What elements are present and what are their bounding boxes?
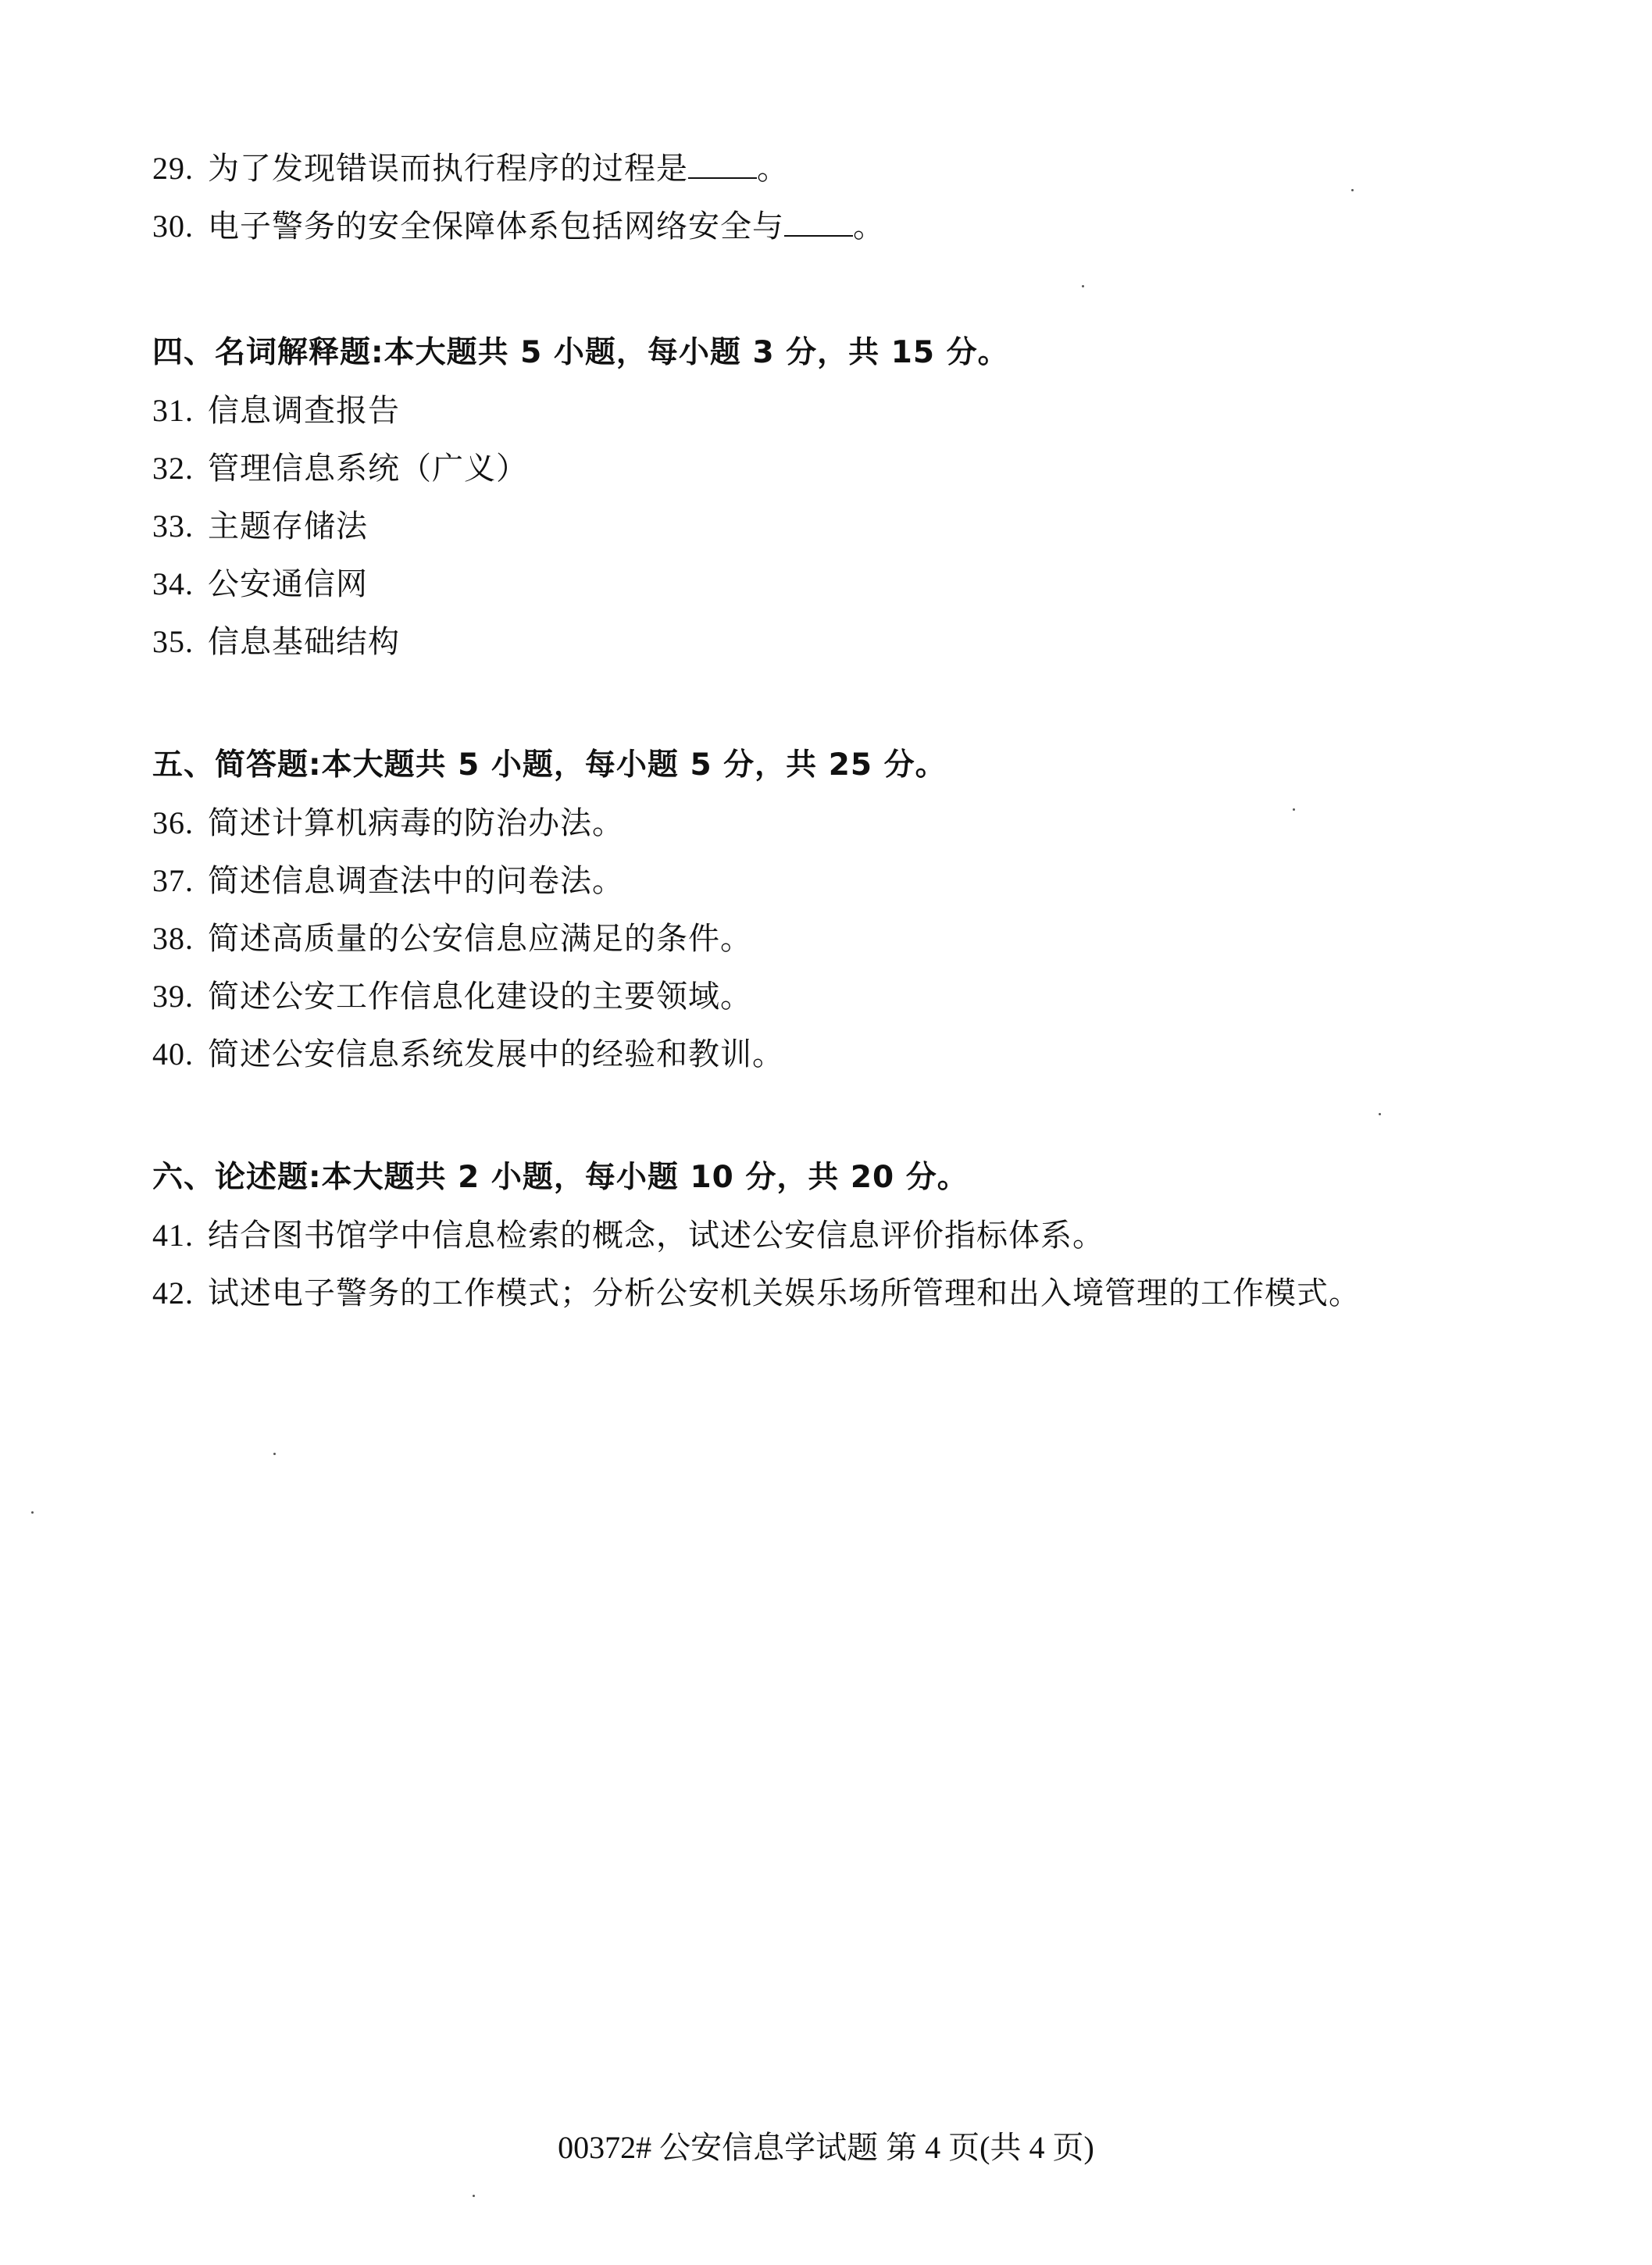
question-number: 39. (152, 975, 194, 1018)
scan-speck (31, 1511, 34, 1514)
question-29: 29.为了发现错误而执行程序的过程是。 (152, 147, 789, 191)
question-number: 33. (152, 505, 194, 548)
question-39: 39.简述公安工作信息化建设的主要领域。 (152, 975, 752, 1018)
section-heading-5: 五、简答题:本大题共 5 小题，每小题 5 分，共 25 分。 (152, 744, 947, 787)
question-33: 33.主题存储法 (152, 505, 368, 548)
question-number: 32. (152, 447, 194, 490)
question-40: 40.简述公安信息系统发展中的经验和教训。 (152, 1033, 784, 1076)
question-30: 30.电子警务的安全保障体系包括网络安全与。 (152, 205, 885, 248)
question-text: 结合图书馆学中信息检索的概念，试述公安信息评价指标体系。 (208, 1218, 1104, 1254)
question-text: 简述公安信息系统发展中的经验和教训。 (208, 1036, 784, 1072)
question-text: 公安通信网 (208, 566, 368, 602)
question-number: 40. (152, 1033, 194, 1076)
section-heading-6: 六、论述题:本大题共 2 小题，每小题 10 分，共 20 分。 (152, 1156, 969, 1200)
question-number: 41. (152, 1214, 194, 1257)
question-35: 35.信息基础结构 (152, 620, 400, 664)
question-text: 信息调查报告 (208, 393, 400, 429)
question-number: 31. (152, 389, 194, 433)
question-text-end: 。 (853, 209, 885, 244)
question-number: 29. (152, 147, 194, 191)
question-42: 42.试述电子警务的工作模式；分析公安机关娱乐场所管理和出入境管理的工作模式。 (152, 1272, 1361, 1315)
question-number: 35. (152, 620, 194, 664)
question-31: 31.信息调查报告 (152, 389, 400, 433)
question-text: 信息基础结构 (208, 624, 400, 660)
question-text: 电子警务的安全保障体系包括网络安全与 (208, 209, 784, 244)
question-text: 简述信息调查法中的问卷法。 (208, 863, 624, 899)
question-41: 41.结合图书馆学中信息检索的概念，试述公安信息评价指标体系。 (152, 1214, 1104, 1257)
question-number: 30. (152, 205, 194, 248)
question-36: 36.简述计算机病毒的防治办法。 (152, 801, 624, 845)
question-text: 试述电子警务的工作模式；分析公安机关娱乐场所管理和出入境管理的工作模式。 (208, 1275, 1361, 1311)
scan-speck (1293, 808, 1295, 811)
question-text: 简述公安工作信息化建设的主要领域。 (208, 979, 752, 1015)
question-text: 简述高质量的公安信息应满足的条件。 (208, 921, 752, 957)
scan-speck (1082, 285, 1084, 287)
question-number: 42. (152, 1272, 194, 1315)
question-number: 36. (152, 801, 194, 845)
question-32: 32.管理信息系统（广义） (152, 447, 528, 490)
scan-speck (273, 1453, 276, 1455)
question-text-end: 。 (757, 151, 789, 187)
question-38: 38.简述高质量的公安信息应满足的条件。 (152, 917, 752, 961)
question-34: 34.公安通信网 (152, 562, 368, 606)
question-text: 为了发现错误而执行程序的过程是 (208, 151, 688, 187)
question-number: 34. (152, 562, 194, 606)
scan-speck (1379, 1113, 1381, 1115)
question-text: 简述计算机病毒的防治办法。 (208, 805, 624, 841)
answer-blank (688, 151, 757, 179)
question-37: 37.简述信息调查法中的问卷法。 (152, 859, 624, 903)
answer-blank (784, 209, 853, 237)
scan-speck (473, 2195, 475, 2197)
question-number: 38. (152, 917, 194, 961)
page-footer: 00372# 公安信息学试题 第 4 页(共 4 页) (0, 2126, 1652, 2170)
question-number: 37. (152, 859, 194, 903)
scan-speck (1351, 189, 1354, 191)
question-text: 主题存储法 (208, 508, 368, 544)
question-text: 管理信息系统（广义） (208, 451, 528, 487)
section-heading-4: 四、名词解释题:本大题共 5 小题，每小题 3 分，共 15 分。 (152, 331, 1009, 375)
